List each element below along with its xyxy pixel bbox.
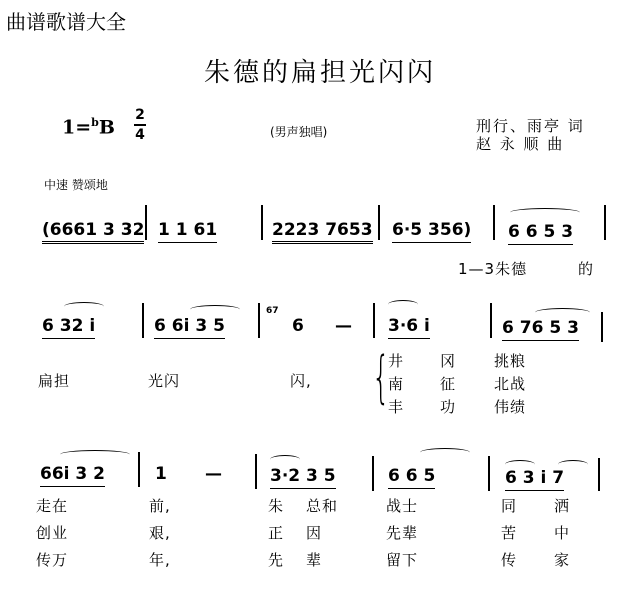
measure: 6 [292, 316, 304, 336]
barline [604, 205, 606, 240]
slur [535, 308, 590, 317]
measure: 6 76 5 3 [502, 318, 579, 338]
barline [145, 205, 147, 240]
lyric: 扁担 [38, 370, 70, 391]
measure: 6 6 5 3 [508, 222, 573, 242]
barline [372, 456, 374, 491]
slur [388, 300, 418, 309]
measure: 2223 7653 [272, 220, 373, 240]
hold-dash: — [205, 464, 222, 484]
slur [420, 448, 470, 457]
tempo-marking: 中速 赞颂地 [44, 176, 108, 193]
grace-notes: 67 [266, 306, 279, 316]
barline [142, 303, 144, 338]
time-signature: 24 [134, 108, 146, 142]
measure: 6 3 i 7 [505, 468, 564, 488]
barline [378, 205, 380, 240]
song-title: 朱德的扁担光闪闪 [204, 52, 436, 89]
measure: 3·6 i [388, 316, 430, 336]
measure: 3·2 3 5 [270, 466, 336, 486]
barline [598, 458, 600, 491]
barline [258, 303, 260, 338]
measure: 66i 3 2 [40, 464, 105, 484]
lyric: 闪, [290, 370, 312, 391]
slur [190, 305, 240, 314]
performance-note: (男声独唱) [270, 123, 327, 140]
measure: 1 1 61 [158, 220, 217, 240]
site-name: 曲谱歌谱大全 [6, 6, 126, 35]
key-signature: 1=bB [62, 116, 115, 138]
measure: 6 6i 3 5 [154, 316, 225, 336]
slur [510, 208, 580, 217]
lyric-verse-3: 丰功伟绩 [388, 396, 526, 417]
measure: (6661 3 32 [42, 220, 144, 240]
barline [261, 205, 263, 240]
barline [138, 452, 140, 487]
barline [488, 456, 490, 491]
lyric: 光闪 [148, 370, 180, 391]
lyric: 的 [578, 258, 594, 279]
lyric-verse-1: 井冈挑粮 [388, 350, 526, 371]
composer: 赵 永 顺 曲 [476, 133, 564, 154]
measure: 6 6 5 [388, 466, 435, 486]
measure: 6·5 356) [392, 220, 471, 240]
hold-dash: — [335, 316, 352, 336]
barline [490, 303, 492, 338]
barline [255, 454, 257, 489]
barline [601, 312, 603, 342]
slur [60, 450, 130, 459]
measure: 6 32 i [42, 316, 95, 336]
barline [373, 303, 375, 338]
slur [64, 302, 104, 311]
measure: 1 [155, 464, 167, 484]
barline [493, 205, 495, 240]
lyric-verse-2: 南征北战 [388, 373, 526, 394]
slur [270, 455, 300, 464]
lyric: 1—3朱德 [458, 258, 527, 279]
